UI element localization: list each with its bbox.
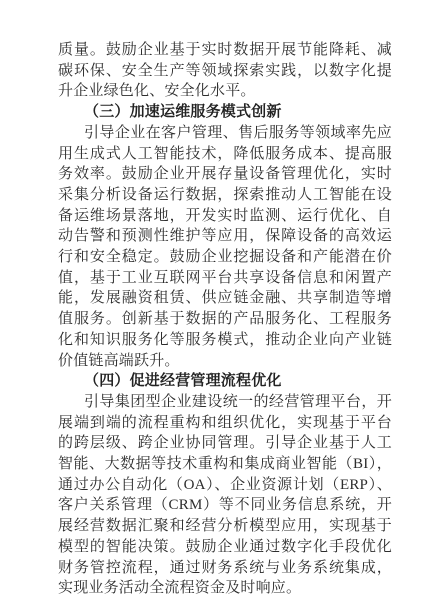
paragraph-continuation: 质量。鼓励企业基于实时数据开展节能降耗、减碳环保、安全生产等领域探索实践，以数字… bbox=[58, 40, 392, 102]
section-heading-3: （三）加速运维服务模式创新 bbox=[58, 102, 392, 123]
paragraph-management-process: 引导集团型企业建设统一的经营管理平台，开展端到端的流程重构和组织优化，实现基于平… bbox=[58, 392, 392, 599]
document-page: 质量。鼓励企业基于实时数据开展节能降耗、减碳环保、安全生产等领域探索实践，以数字… bbox=[0, 0, 424, 600]
section-heading-4: （四）促进经营管理流程优化 bbox=[58, 371, 392, 392]
paragraph-operations-services: 引导企业在客户管理、售后服务等领域率先应用生成式人工智能技术，降低服务成本、提高… bbox=[58, 123, 392, 371]
